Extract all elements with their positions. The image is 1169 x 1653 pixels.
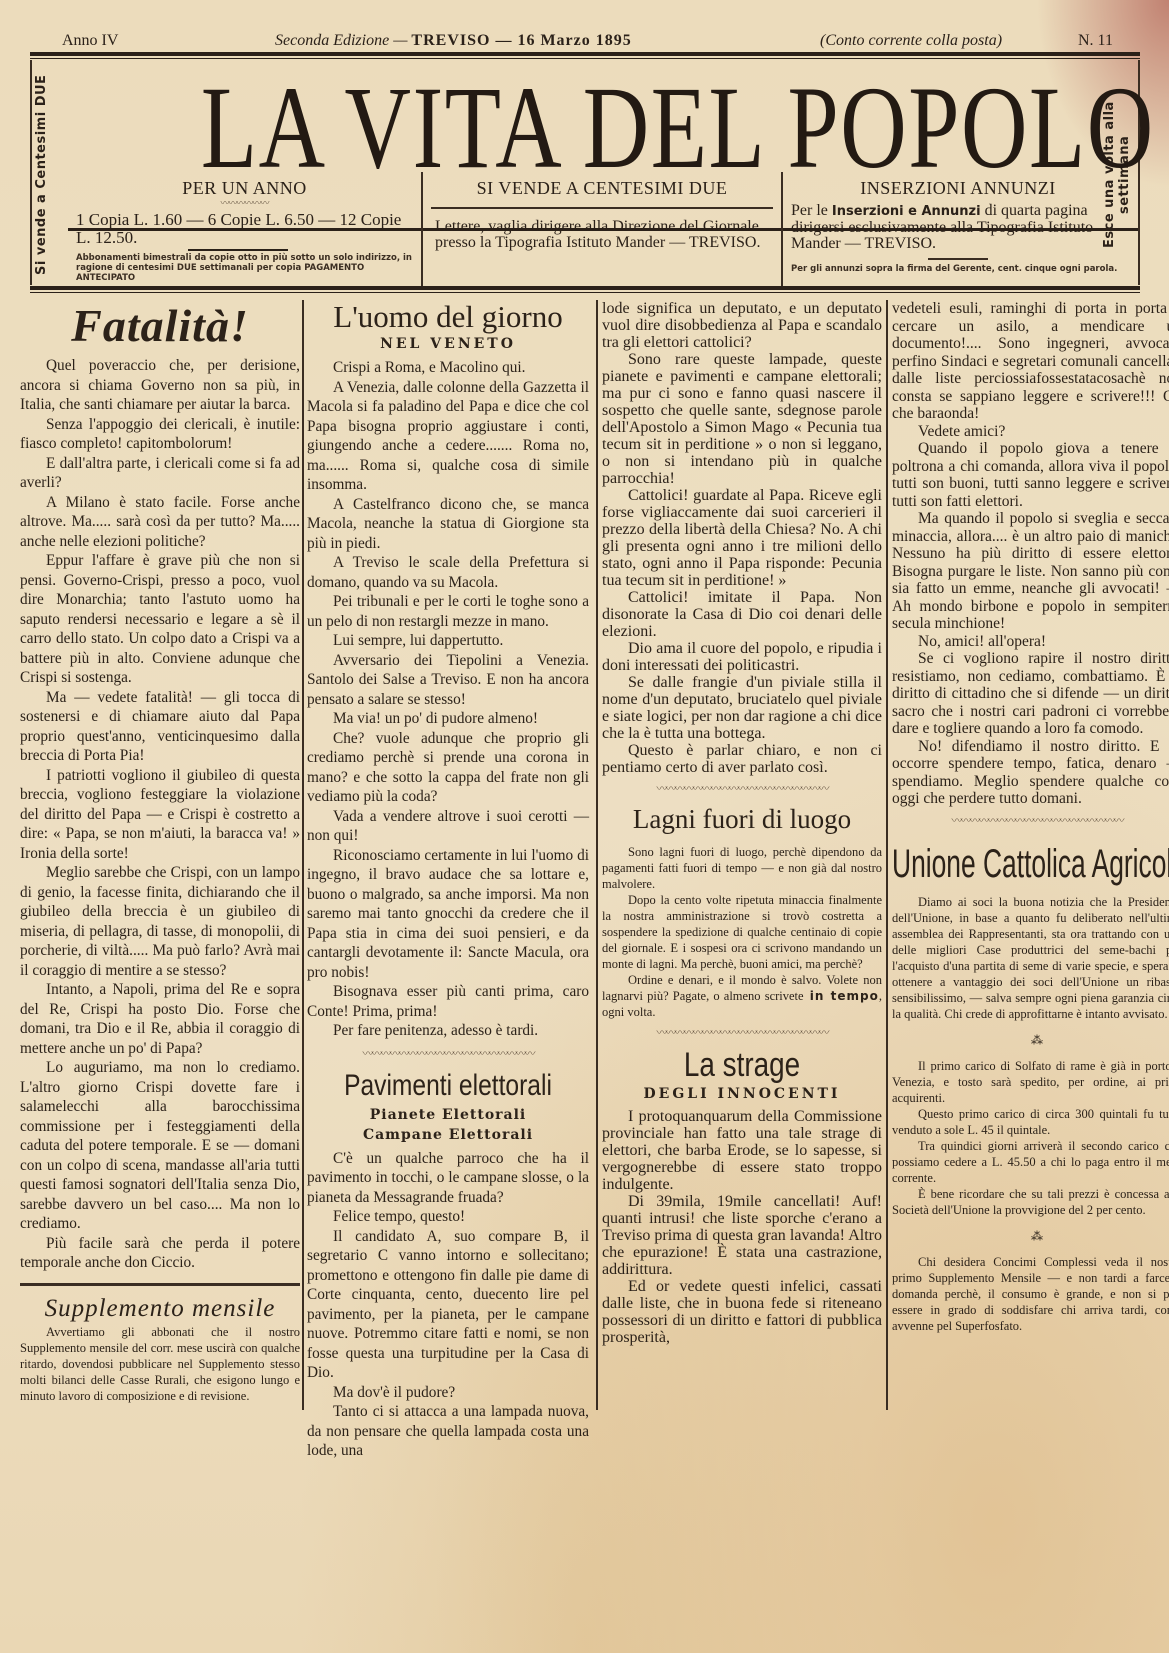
paragraph: C'è un qualche parroco che ha il pavimen…	[307, 1149, 589, 1208]
sale-heading: SI VENDE A CENTESIMI DUE	[431, 178, 773, 209]
article-title-strage: La strage	[627, 1046, 857, 1084]
column-1: Fatalità! Quel poveraccio che, per deris…	[20, 300, 300, 1404]
paragraph: A Milano è stato facile. Forse anche alt…	[20, 493, 300, 552]
city-date: TREVISO — 16 Marzo 1895	[411, 32, 631, 49]
article-body-fatalita: Quel poveraccio che, per derisione, anco…	[20, 356, 300, 1273]
paragraph: Bisognava esser più canti prima, caro Co…	[307, 982, 589, 1021]
column-4: vedeteli esuli, raminghi di porta in por…	[892, 300, 1169, 1334]
article-body-pavimenti: C'è un qualche parroco che ha il pavimen…	[307, 1149, 589, 1461]
paragraph: A Treviso le scale della Prefettura si d…	[307, 553, 589, 592]
paragraph: Questo primo carico di circa 300 quintal…	[892, 1106, 1169, 1138]
paragraph: Avversario dei Tiepolini a Venezia. Sant…	[307, 651, 589, 710]
paragraph: Se ci vogliono rapire il nostro diritto,…	[892, 650, 1169, 738]
short-rule	[188, 249, 288, 251]
paragraph: Sono rare queste lampade, queste pianete…	[602, 351, 882, 487]
paragraph: Pei tribunali e per le corti le toghe so…	[307, 592, 589, 631]
volume-label: Anno IV	[62, 32, 118, 50]
subscription-prices: 1 Copia L. 1.60 — 6 Copie L. 6.50 — 12 C…	[76, 211, 413, 247]
asterism-divider: ⁂	[892, 1228, 1169, 1244]
ads-box: INSERZIONI ANNUNZI Per le Inserzioni e A…	[783, 172, 1133, 287]
column-separator	[302, 300, 304, 1410]
paragraph: Intanto, a Napoli, prima del Re e sopra …	[20, 980, 300, 1058]
paragraph: Ordine e denari, e il mondo è salvo. Vol…	[602, 972, 882, 1020]
paragraph: Tra quindici giorni arriverà il secondo …	[892, 1138, 1169, 1186]
paragraph: Ma — vedete fatalità! — gli tocca di sos…	[20, 688, 300, 766]
dateline: Anno IV Seconda Edizione — TREVISO — 16 …	[60, 28, 1150, 52]
column-separator	[596, 300, 598, 1410]
asterism-divider: ⁂	[892, 1032, 1169, 1048]
article-kicker-strage: DEGLI INNOCENTI	[602, 1084, 882, 1104]
top-rule-thin	[30, 58, 1140, 59]
issue-number: N. 11	[1078, 32, 1113, 50]
paragraph: Tanto ci si attacca a una lampada nuova,…	[307, 1402, 589, 1461]
paragraph: Cattolici! imitate il Papa. Non disonora…	[602, 589, 882, 640]
paragraph: A Venezia, dalle colonne della Gazzetta …	[307, 378, 589, 495]
wavy-rule: 〰〰〰〰〰〰〰〰〰〰〰〰〰〰〰〰〰〰〰	[602, 1026, 882, 1040]
paragraph: Se dalle frangie d'un piviale stilla il …	[602, 674, 882, 742]
paragraph: Quel poveraccio che, per derisione, anco…	[20, 356, 300, 415]
short-rule	[928, 258, 988, 260]
paragraph: Riconosciamo certamente in lui l'uomo di…	[307, 846, 589, 983]
article-title-uomo: L'uomo del giorno	[307, 300, 589, 334]
postal-note: (Conto corrente colla posta)	[820, 32, 1002, 50]
paragraph: Il candidato A, suo compare B, il segret…	[307, 1227, 589, 1383]
article-body-unione: Diamo ai soci la buona notizia che la Pr…	[892, 894, 1169, 1334]
paragraph: Dopo la cento volte ripetuta minaccia fi…	[602, 892, 882, 972]
paragraph: I protoquanquarum della Commissione prov…	[602, 1108, 882, 1193]
masthead-bottom-rule-thin	[30, 292, 1140, 293]
article-title-fatalita: Fatalità!	[20, 300, 300, 352]
article-title-pavimenti: Pavimenti elettorali	[332, 1067, 563, 1105]
paragraph: Felice tempo, questo!	[307, 1207, 589, 1227]
paragraph: vedeteli esuli, raminghi di porta in por…	[892, 300, 1169, 423]
top-rule	[30, 52, 1140, 56]
paragraph: Questo è parlar chiaro, e non ci pentiam…	[602, 742, 882, 776]
sale-body: Lettere, vaglia dirigere alla Direzione …	[431, 219, 773, 251]
paragraph: Diamo ai soci la buona notizia che la Pr…	[892, 894, 1169, 1022]
edition-label: Seconda Edizione — TREVISO — 16 Marzo 18…	[275, 32, 632, 50]
article-kicker-uomo: NEL VENETO	[307, 334, 589, 354]
paragraph: A Castelfranco dicono che, se manca Maco…	[307, 495, 589, 554]
wavy-rule: 〰〰〰〰〰〰〰〰〰〰〰〰〰〰〰〰〰〰〰	[602, 782, 882, 796]
paragraph: No! difendiamo il nostro diritto. E se o…	[892, 738, 1169, 808]
subscription-note: Abbonamenti bimestrali da copie otto in …	[76, 253, 413, 283]
article-body-supplemento: Avvertiamo gli abbonati che il nostro Su…	[20, 1324, 300, 1404]
masthead-bottom-rule	[30, 286, 1140, 290]
ads-heading: INSERZIONI ANNUNZI	[791, 178, 1125, 199]
paragraph: Vada a vendere altrove i suoi cerotti — …	[307, 807, 589, 846]
column-2: L'uomo del giorno NEL VENETO Crispi a Ro…	[307, 300, 589, 1461]
paragraph: lode significa un deputato, e un deputat…	[602, 300, 882, 351]
column-separator	[886, 300, 888, 1410]
subscription-heading: PER UN ANNO	[76, 178, 413, 199]
article-kicker-pianete: Pianete Elettorali	[307, 1105, 589, 1125]
paragraph: Che? vuole adunque che proprio gli credi…	[307, 729, 589, 807]
article-body-strage: I protoquanquarum della Commissione prov…	[602, 1108, 882, 1346]
paragraph: Cattolici! guardate al Papa. Riceve egli…	[602, 487, 882, 589]
paragraph: Il primo carico di Solfato di rame è già…	[892, 1058, 1169, 1106]
paragraph: Crispi a Roma, e Macolino qui.	[307, 358, 589, 378]
wavy-rule: 〰〰〰〰〰〰〰〰〰〰〰〰〰〰〰〰〰〰〰	[307, 1047, 589, 1061]
article-body-uomo: Crispi a Roma, e Macolino qui.A Venezia,…	[307, 358, 589, 1041]
paragraph: Lo auguriamo, ma non lo crediamo. L'altr…	[20, 1058, 300, 1234]
ads-body: Per le Inserzioni e Annunzi di quarta pa…	[791, 203, 1125, 252]
paragraph: Lui sempre, lui dappertutto.	[307, 631, 589, 651]
ads-note: Per gli annunzi sopra la firma del Geren…	[791, 264, 1125, 274]
paragraph: Dio ama il cuore del popolo, e ripudia i…	[602, 640, 882, 674]
paragraph: E dall'altra parte, i clericali come si …	[20, 454, 300, 493]
article-title-supplemento: Supplemento mensile	[20, 1294, 300, 1324]
paragraph: Di 39mila, 19mile cancellati! Auf! quant…	[602, 1193, 882, 1278]
paragraph: Per fare penitenza, adesso è tardi.	[307, 1021, 589, 1041]
paragraph: Vedete amici?	[892, 423, 1169, 441]
paragraph: Eppur l'affare è grave più che non si pe…	[20, 551, 300, 688]
subscription-box: PER UN ANNO 〰〰〰〰〰〰 1 Copia L. 1.60 — 6 C…	[68, 172, 423, 287]
paragraph: È bene ricordare che su tali prezzi è co…	[892, 1186, 1169, 1218]
article-title-lagni: Lagni fuori di luogo	[602, 802, 882, 836]
sale-box: SI VENDE A CENTESIMI DUE Lettere, vaglia…	[423, 172, 783, 287]
masthead-info: PER UN ANNO 〰〰〰〰〰〰 1 Copia L. 1.60 — 6 C…	[30, 60, 1140, 300]
paragraph: Chi desidera Concimi Complessi veda il n…	[892, 1254, 1169, 1334]
wavy-rule: 〰〰〰〰〰〰〰〰〰〰〰〰〰〰〰〰〰〰〰	[892, 814, 1169, 828]
article-body-pavimenti-continued: lode significa un deputato, e un deputat…	[602, 300, 882, 776]
paragraph: Ma dov'è il pudore?	[307, 1383, 589, 1403]
section-rule	[20, 1283, 300, 1286]
paragraph: Senza l'appoggio dei clericali, è inutil…	[20, 415, 300, 454]
paragraph: Ma via! un po' di pudore almeno!	[307, 709, 589, 729]
ornament: 〰〰〰〰〰〰	[76, 199, 413, 207]
paragraph: Sono lagni fuori di luogo, perchè dipend…	[602, 844, 882, 892]
article-body-strage-continued: vedeteli esuli, raminghi di porta in por…	[892, 300, 1169, 808]
column-3: lode significa un deputato, e un deputat…	[602, 300, 882, 1346]
page-edge	[1139, 0, 1169, 1653]
paragraph: No, amici! all'opera!	[892, 633, 1169, 651]
paragraph: I patriotti vogliono il giubileo di ques…	[20, 766, 300, 864]
article-kicker-campane: Campane Elettorali	[307, 1125, 589, 1145]
article-title-unione: Unione Cattolica Agricola	[892, 834, 1083, 894]
paragraph: Meglio sarebbe che Crispi, con un lampo …	[20, 863, 300, 980]
paragraph: Più facile sarà che perda il potere temp…	[20, 1234, 300, 1273]
paragraph: Ed or vedete questi infelici, cassati da…	[602, 1278, 882, 1346]
emphasis: in tempo	[804, 989, 879, 1003]
paragraph: Ma quando il popolo si sveglia e secca e…	[892, 510, 1169, 633]
paragraph: Quando il popolo giova a tenere la poltr…	[892, 440, 1169, 510]
article-body-lagni: Sono lagni fuori di luogo, perchè dipend…	[602, 844, 882, 1020]
